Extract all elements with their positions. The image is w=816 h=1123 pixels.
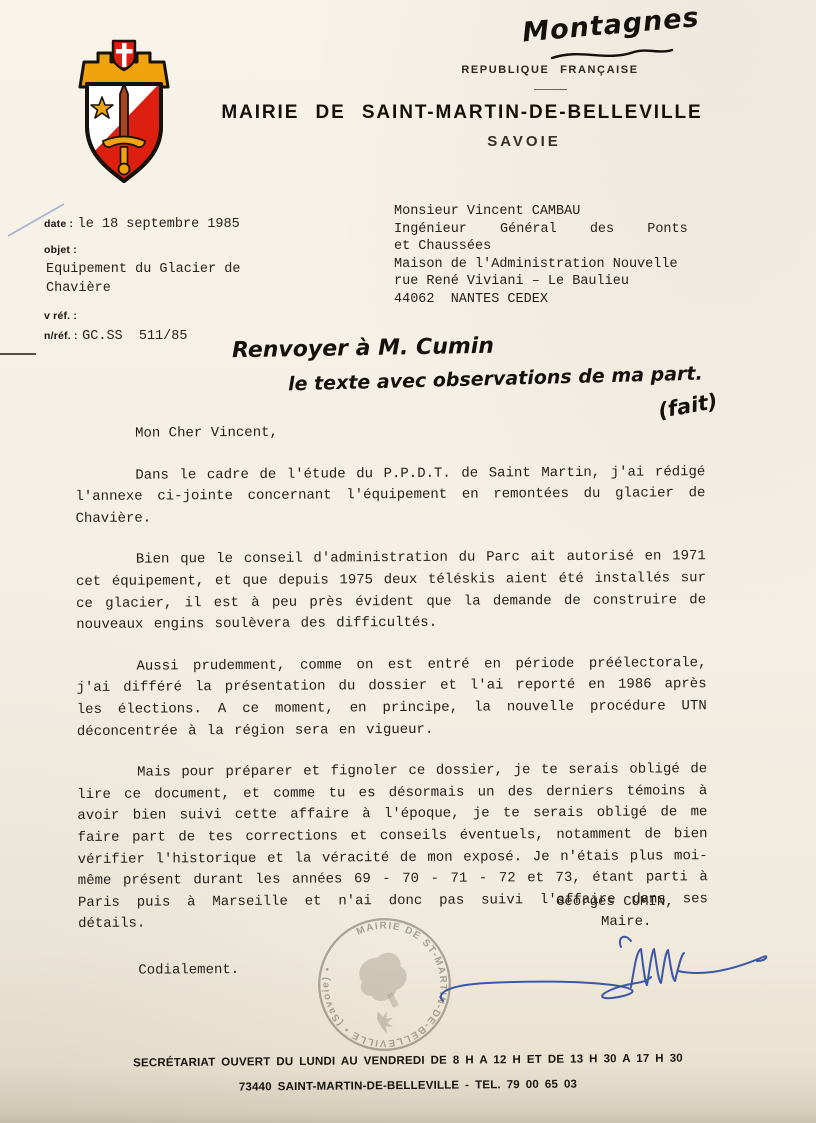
date-row: date : le 18 septembre 1985	[44, 214, 240, 232]
signature-ink	[435, 925, 780, 1020]
handwritten-status-note: (fait)	[656, 389, 719, 423]
recipient-line: rue René Viviani – Le Baulieu	[394, 273, 724, 291]
handwritten-margin-note-line2: le texte avec observations de ma part.	[288, 363, 703, 396]
nref-value: GC.SS 511/85	[82, 329, 187, 344]
nref-row: n/réf. : GC.SS 511/85	[44, 326, 187, 344]
date-label: date :	[44, 218, 73, 230]
handwriting-underline-flourish	[548, 46, 678, 64]
handwritten-top-annotation: Montagnes	[521, 0, 743, 49]
objet-value: Equipement du Glacier de Chavière	[46, 260, 264, 298]
coat-of-arms	[68, 34, 180, 192]
sword-blade	[120, 84, 128, 142]
sword-grip	[121, 147, 128, 164]
mairie-title: MAIRIE DE SAINT-MARTIN-DE-BELLEVILLE	[186, 102, 738, 124]
savoie-label: SAVOIE	[424, 133, 624, 150]
recipient-line: Maison de l'Administration Nouvelle	[394, 256, 724, 274]
signatory-name: Georges CUMIN,	[556, 894, 674, 910]
scan-edge-mark	[0, 353, 36, 355]
paragraph: Dans le cadre de l'étude du P.P.D.T. de …	[75, 462, 705, 531]
nref-label: n/réf. :	[44, 330, 78, 342]
recipient-line: Monsieur Vincent CAMBAU	[394, 203, 724, 221]
objet-label: objet :	[44, 244, 77, 256]
recipient-line: Ingénieur Général des Ponts	[394, 221, 724, 239]
paragraph: Aussi prudemment, comme on est entré en …	[76, 653, 707, 743]
salutation: Mon Cher Vincent,	[135, 420, 705, 445]
footer-hours: SECRÉTARIAT OUVERT DU LUNDI AU VENDREDI …	[0, 1051, 816, 1070]
handwritten-margin-note-line1: Renvoyer à M. Cumin	[232, 334, 494, 364]
header-divider	[534, 89, 567, 90]
paragraph: Bien que le conseil d'administration du …	[76, 547, 707, 637]
recipient-line: et Chaussées	[394, 238, 724, 256]
republique-label: REPUBLIQUE FRANÇAISE	[430, 64, 670, 76]
recipient-address: Monsieur Vincent CAMBAU Ingénieur Généra…	[394, 203, 724, 308]
vref-row: v réf. :	[44, 306, 77, 324]
vref-label: v réf. :	[44, 310, 77, 322]
objet-row: objet :	[44, 240, 77, 258]
date-value: le 18 septembre 1985	[78, 217, 240, 232]
sword-pommel	[119, 164, 130, 175]
stamp-emblem	[350, 947, 413, 1008]
recipient-line: 44062 NANTES CEDEX	[394, 291, 724, 309]
footer-address-phone: 73440 SAINT-MARTIN-DE-BELLEVILLE - TEL. …	[0, 1076, 816, 1095]
letter-page: Montagnes REPUBLIQUE FRANÇAISE	[0, 0, 816, 1123]
